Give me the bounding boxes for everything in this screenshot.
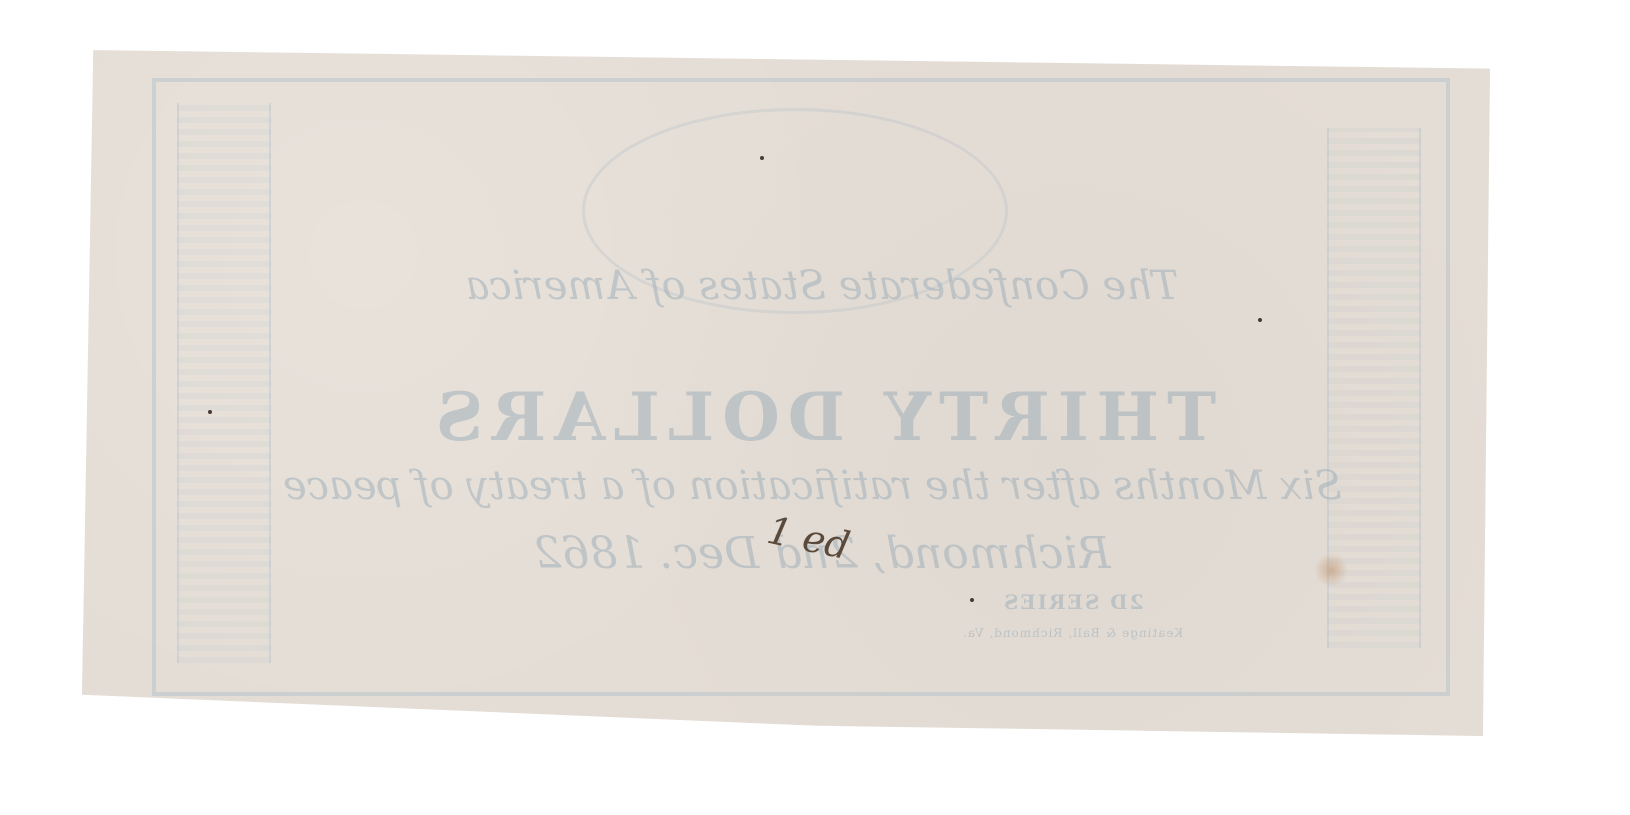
ink-speck: [970, 598, 974, 602]
ink-speck: [208, 410, 212, 414]
denomination-text-mirrored: THIRTY DOLLARS: [382, 378, 1262, 456]
left-ornamental-panel: [177, 103, 271, 663]
ink-speck: [1258, 318, 1262, 322]
foxing-stain: [1314, 553, 1348, 587]
ink-speck: [760, 156, 764, 160]
banknote-back: The Confederate States of America THIRTY…: [82, 48, 1490, 736]
engraver-text-mirrored: Keatinge & Ball, Richmond, Va.: [962, 626, 1183, 640]
series-text-mirrored: 2D SERIES: [1002, 590, 1144, 614]
promise-text-mirrored: Six Months after the ratification of a t…: [312, 463, 1342, 509]
issuer-text-mirrored: The Confederate States of America: [322, 263, 1322, 309]
